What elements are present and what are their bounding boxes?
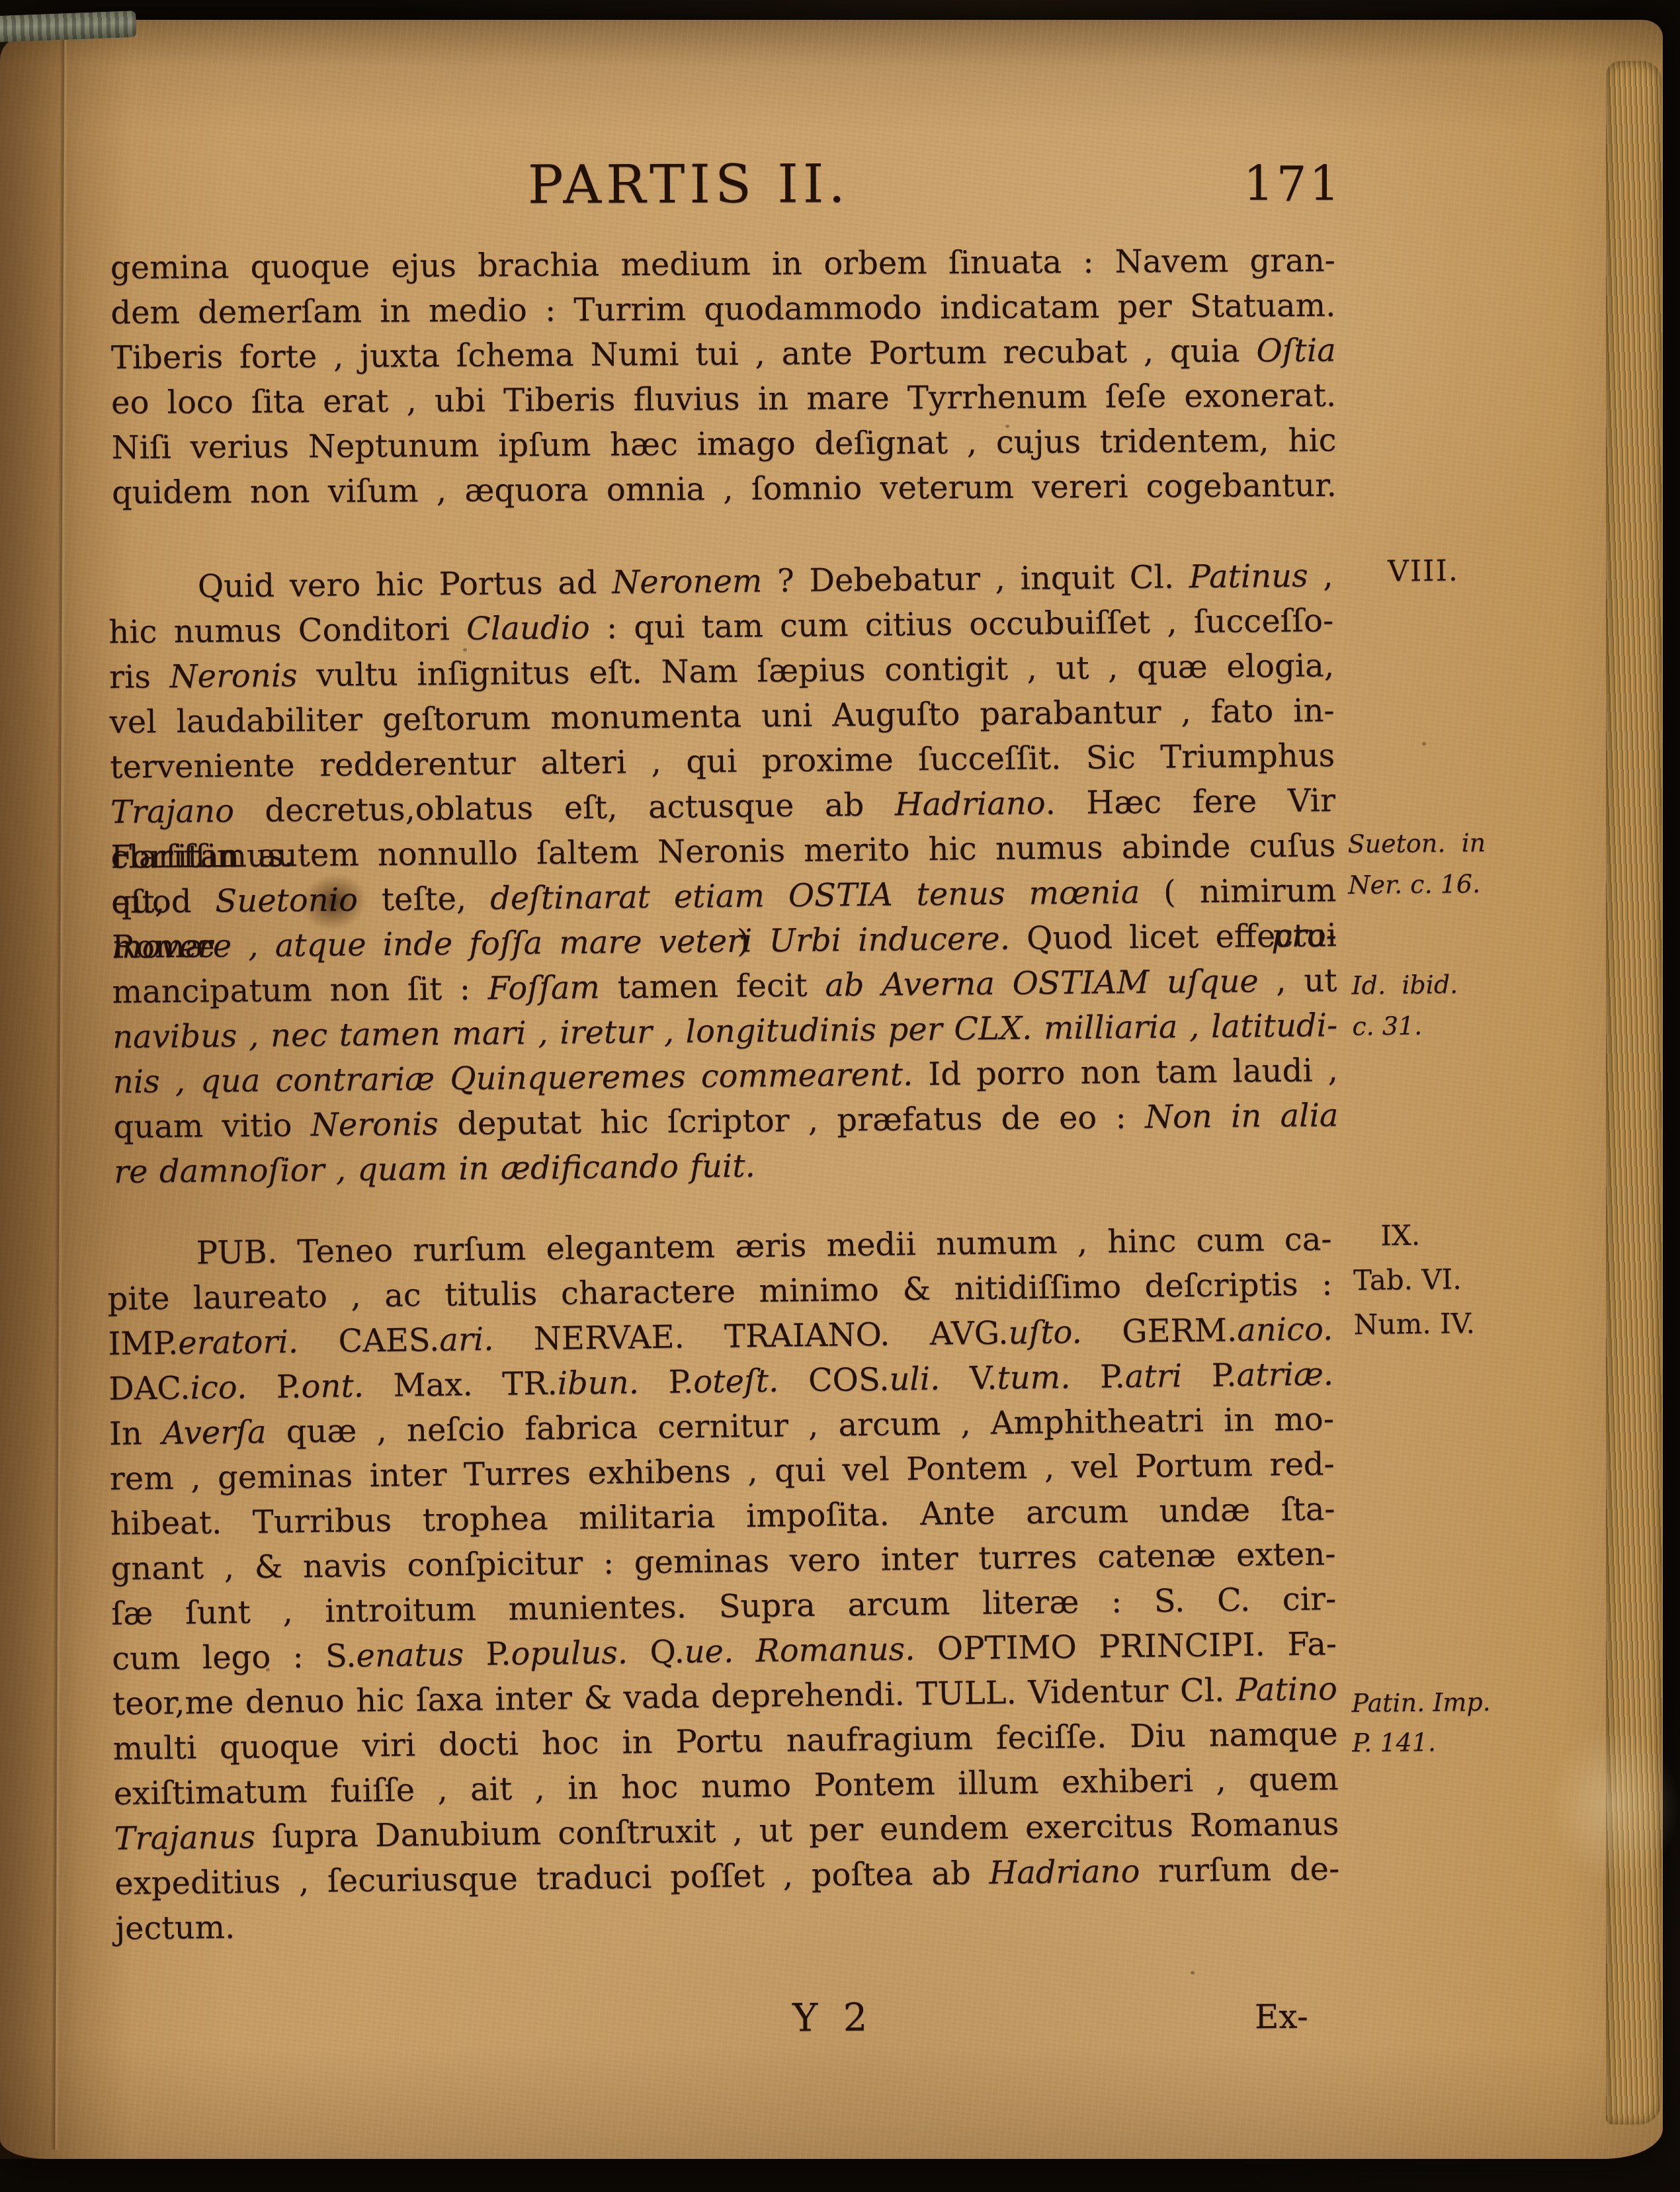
text-segment: P. [247,1368,302,1406]
text-segment: P. [639,1363,694,1401]
text-segment: Trajano [110,792,234,831]
page-number: 171 [1243,156,1342,212]
text-segment: rurſum de- [1140,1850,1340,1890]
text-segment: movere , atque inde foſſa mare veteri Ur… [112,920,1011,966]
text-segment: tum. [997,1359,1071,1396]
text-line: gemina quoque ejus brachia medium in orb… [110,238,1335,290]
signature-mark: Y 2 [792,1995,874,2041]
text-segment: Hadriano [989,1853,1140,1892]
text-segment: Patinus [1189,558,1308,596]
text-segment: oteſt. [693,1363,779,1401]
text-segment: Oſtia [1256,332,1336,370]
text-segment: decretus,oblatus eſt, actusque ab [234,786,895,830]
margin-note-line: Patin. Imp. [1351,1682,1491,1723]
text-segment: Romanus. [755,1630,915,1669]
text-segment: atri [1125,1357,1183,1395]
text-segment: jectum. [115,1909,235,1947]
text-segment: dem demerſam in medio : Turrim quodammod… [110,287,1335,331]
text-segment: teſte, [358,880,491,919]
text-segment: Suetonio [215,881,358,919]
text-segment: quidem non viſum , æquora omnia , ſomnio… [112,467,1337,511]
text-line: dem demerſam in medio : Turrim quodammod… [110,283,1335,335]
text-segment: cum lego : S. [112,1637,357,1677]
body-paragraph: gemina quoque ejus brachia medium in orb… [110,238,1337,515]
text-segment: opulus. [511,1634,628,1672]
margin-note-line: Tab. VI. [1353,1257,1475,1302]
text-segment: mancipatum non ſit : [112,970,488,1011]
text-segment: Id porro non tam laudi , [913,1052,1338,1093]
text-segment: , [1308,557,1333,594]
text-segment: Claudio [466,609,590,648]
text-line: Niſi verius Neptunum ipſum hæc imago deſ… [111,418,1336,470]
paper-speck [1191,1971,1195,1974]
text-segment: Neronem [612,563,763,601]
text-segment: In [109,1415,163,1453]
margin-note-line: VIII. [1388,554,1459,588]
text-segment: COS. [778,1361,890,1400]
text-segment: ris [109,658,170,696]
text-segment: ont. [301,1367,364,1405]
text-segment: P. [1070,1358,1125,1396]
text-segment: eratori. [178,1324,298,1362]
margin-note: IX. Tab. VI. Num. IV. [1353,1212,1475,1347]
paper-speck [1422,742,1426,745]
text-segment: Tiberis forte , juxta ſchema Numi tui , … [111,332,1257,376]
text-segment: Neronis [311,1105,439,1144]
margin-note-line: IX. [1353,1212,1474,1258]
text-segment: : qui tam cum citius occubuiſſet , ſucce… [589,602,1333,646]
text-segment: Non in alia [1145,1097,1339,1136]
text-segment: P. [464,1636,511,1673]
text-segment: hic numus Conditori [108,611,466,651]
text-segment: ue. [684,1633,734,1671]
text-segment: Patino [1236,1670,1337,1708]
text-segment [734,1632,756,1669]
catchword: Ex- [1255,1998,1308,2037]
text-segment: uſto. [1008,1314,1082,1351]
text-segment: uli. [889,1361,941,1398]
text-segment: Niſi verius Neptunum ipſum hæc imago deſ… [111,422,1336,466]
body-paragraph: Quid vero hic Portus ad Neronem ? Debeba… [108,553,1339,1195]
text-segment: anico. [1237,1310,1333,1349]
text-segment: Foſſam [487,969,600,1007]
margin-note-line: Sueton. in [1347,822,1486,864]
text-segment: ? Debebatur , inquit Cl. [762,558,1189,599]
text-segment: Hadriano [894,784,1045,823]
text-segment: CAES. [298,1322,440,1361]
text-segment: ibun. [557,1364,639,1402]
body-paragraph: PUB. Teneo rurſum elegantem æris medii n… [106,1216,1340,1951]
text-segment: GERM. [1082,1312,1238,1351]
text-segment: deputat hic ſcriptor , præfatus de eo : [439,1099,1146,1142]
text-segment: nis , qua contrariæ Quinqueremes commear… [113,1056,913,1101]
text-segment: DAC. [108,1370,190,1408]
text-segment: V. [940,1360,997,1398]
margin-note-line: Id. ibid. [1351,964,1458,1006]
margin-note: Sueton. in Ner. c. 16. [1347,822,1486,906]
text-segment: terveniente redderentur alteri , qui pro… [110,737,1335,786]
margin-note-line: Ner. c. 16. [1348,863,1486,906]
text-segment: expeditius , ſecuriusque traduci poſſet … [114,1855,989,1902]
text-line: eo loco ſita erat , ubi Tiberis fluvius … [111,373,1336,425]
text-segment: re damnoſior , quam in ædificando fuit. [114,1148,755,1191]
margin-note: Patin. Imp. P. 141. [1351,1682,1491,1763]
text-segment: P. [1182,1357,1237,1394]
text-segment: gemina quoque ejus brachia medium in orb… [110,242,1335,286]
text-segment: ab Averna OSTIAM uſque [825,962,1259,1003]
margin-note-line: P. 141. [1352,1722,1491,1763]
text-segment: quod [111,882,216,921]
text-segment: NERVAE. TRAIANO. AVG. [493,1314,1009,1358]
text-segment: Trajanus [114,1818,255,1857]
text-segment: Max. TR. [364,1365,558,1405]
text-segment: tamen fecit [600,967,825,1006]
text-segment: Averſa [162,1413,267,1452]
text-segment: OPTIMO PRINCIPI. Fa- [915,1625,1337,1667]
margin-note: VIII. [1388,554,1459,588]
text-segment: ari. [439,1321,494,1359]
text-segment: Q. [628,1633,685,1671]
running-header-title: PARTIS II. [528,153,850,216]
text-segment: Quid vero hic Portus ad [197,564,612,605]
text-segment: IMP. [108,1325,179,1363]
text-segment: Quod licet effectui [1010,917,1337,957]
text-line: Tiberis forte , juxta ſchema Numi tui , … [111,328,1336,380]
text-line: quidem non viſum , æquora omnia , ſomnio… [112,463,1337,515]
text-segment: quam vitio [113,1107,311,1146]
text-segment: atriæ. [1236,1355,1333,1394]
text-segment: enatus [356,1636,464,1674]
text-segment: navibus , nec tamen mari , iretur , long… [112,1007,1337,1056]
binding-headband [0,11,137,42]
margin-note: Id. ibid. c. 31. [1351,964,1458,1047]
text-segment: Neronis [169,657,298,695]
text-segment: eo loco ſita erat , ubi Tiberis fluvius … [111,377,1336,421]
text-segment: vel laudabiliter geſtorum monumenta uni … [109,692,1334,741]
text-segment: deſtinarat etiam OSTIA tenus mœnia [490,874,1140,917]
margin-note-line: c. 31. [1352,1005,1458,1047]
margin-note-line: Num. IV. [1353,1301,1475,1347]
book-scan-photo: PARTIS II. 171 gemina quoque ejus brachi… [0,0,1680,2192]
text-segment: ico. [190,1369,247,1406]
text-segment: vultu inſignitus eſt. Nam ſæpius contigi… [297,647,1334,694]
text-segment: , ut [1259,962,1337,999]
